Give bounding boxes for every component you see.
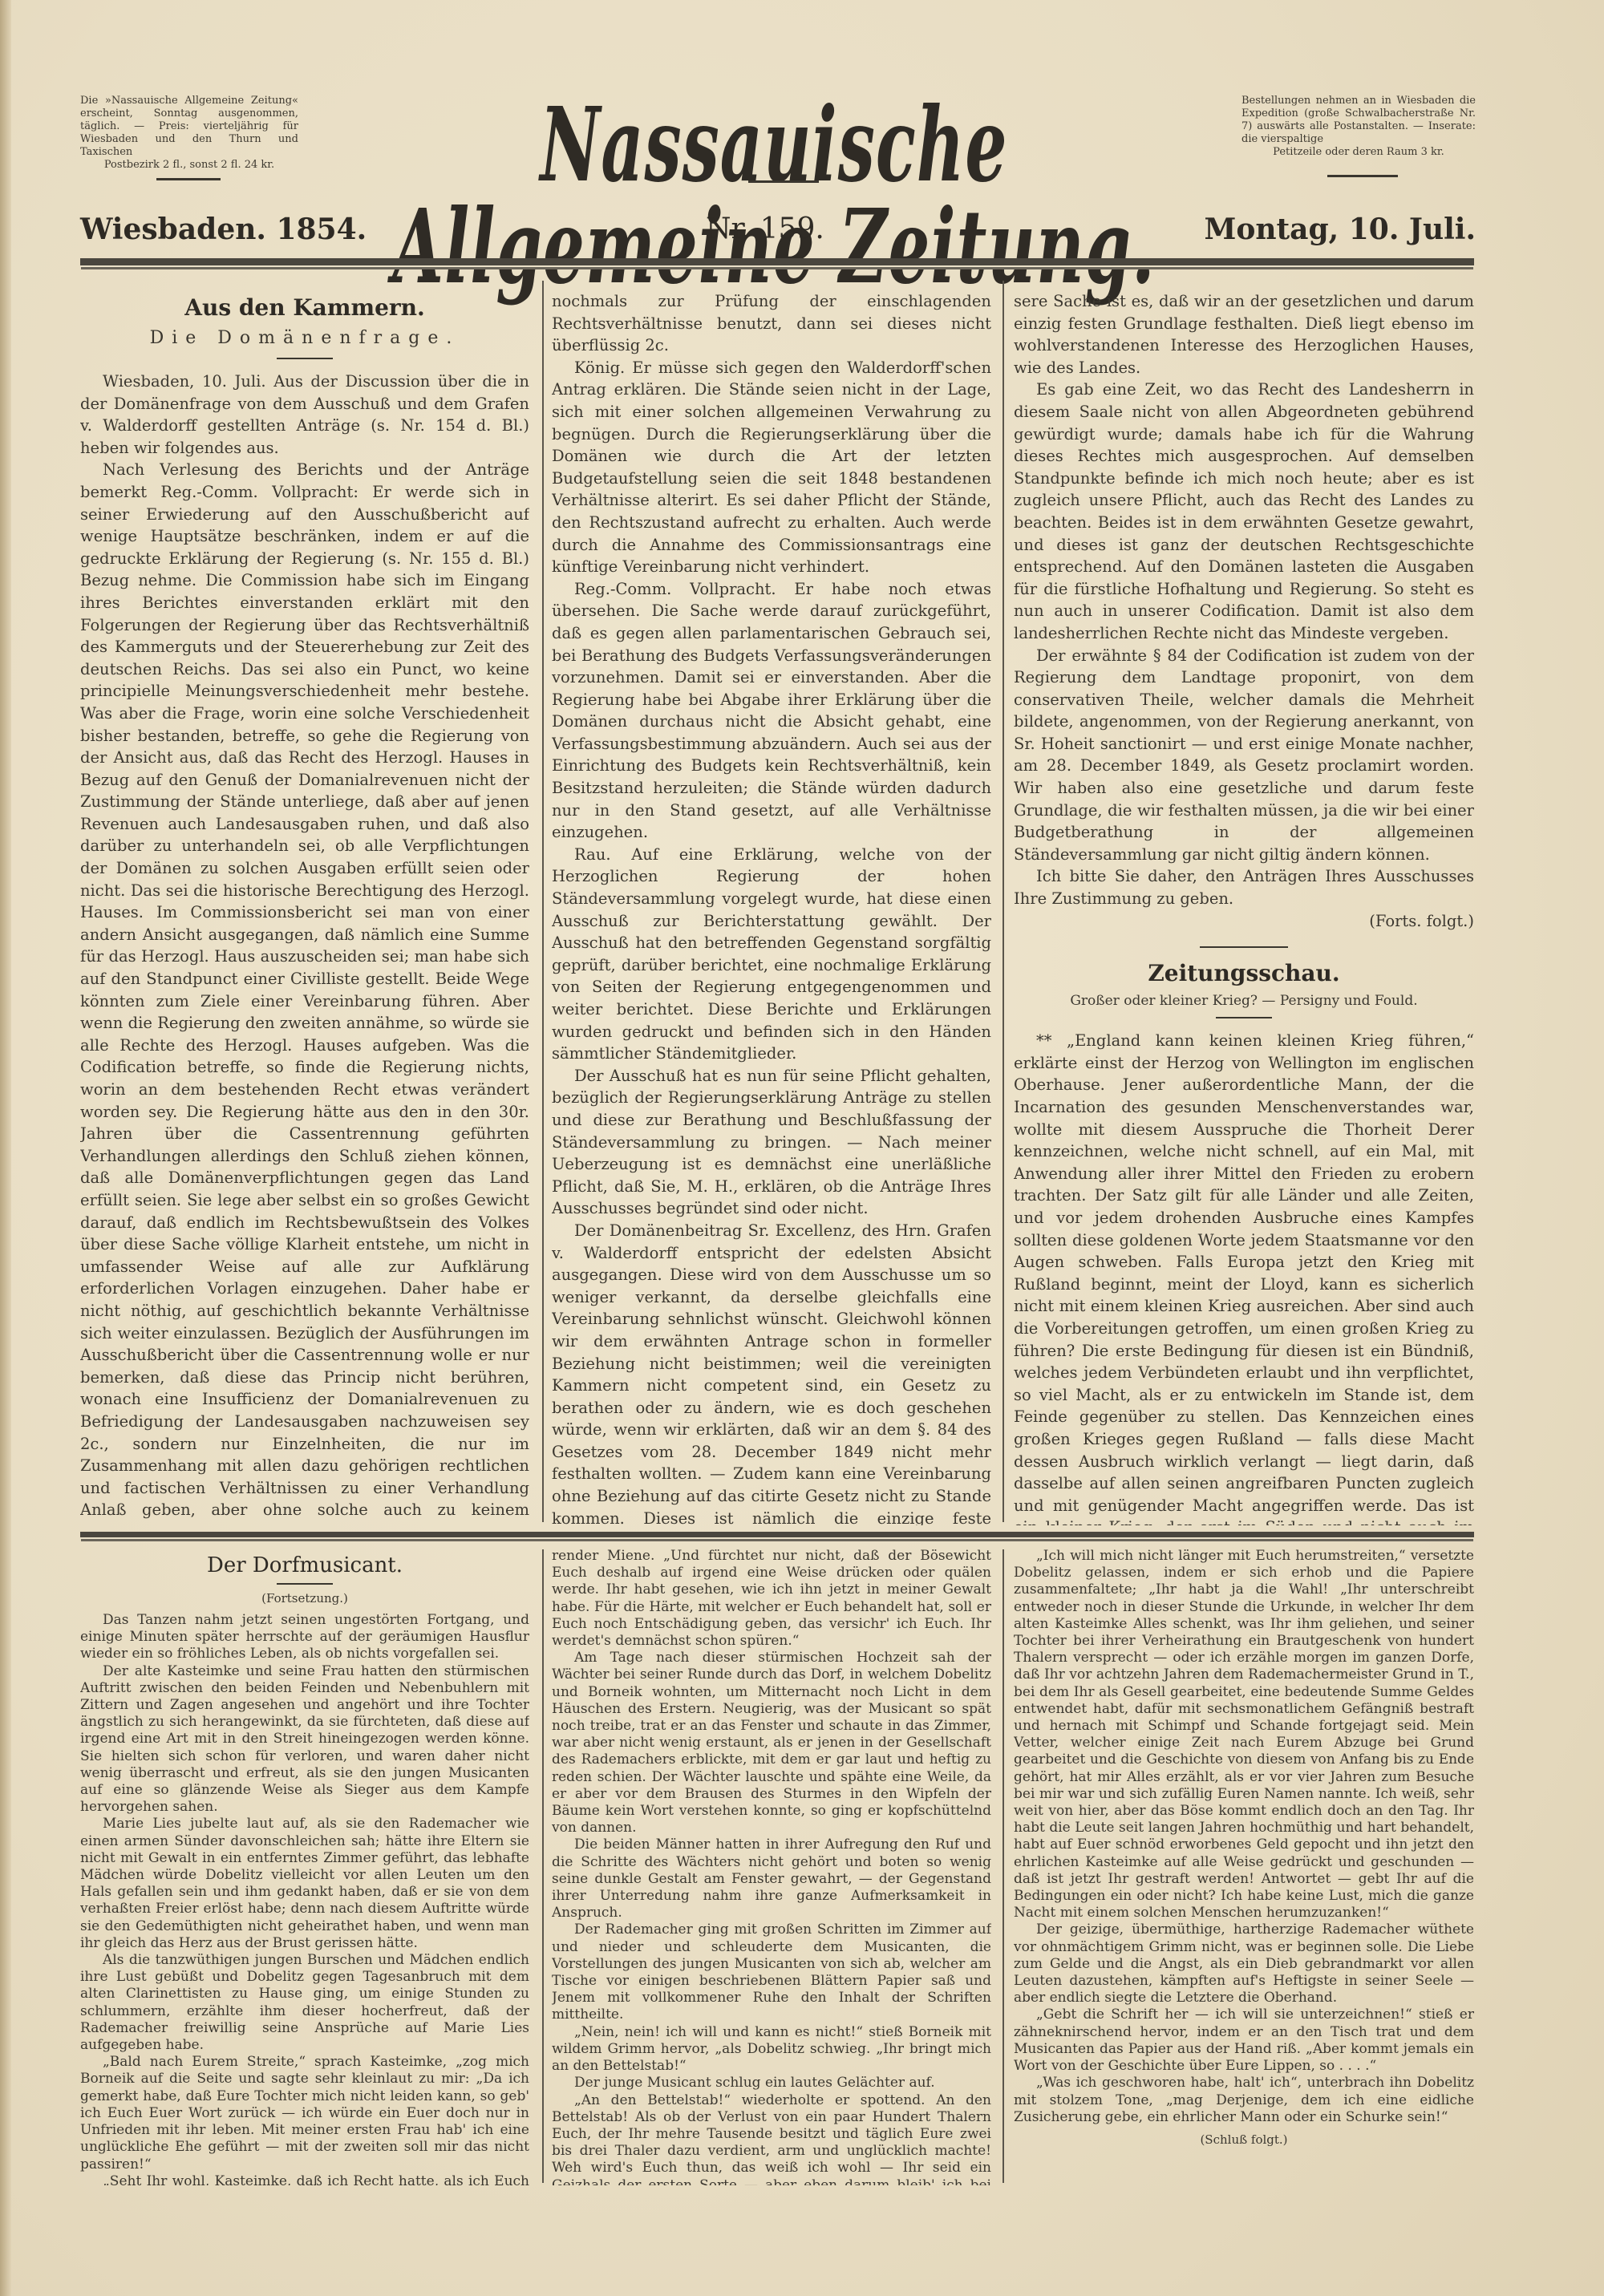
feuilleton-col3: „Ich will mich nicht länger mit Euch her… — [1014, 1548, 1474, 2189]
review-subtitle: Großer oder kleiner Krieg? — Persigny un… — [1014, 991, 1474, 1010]
feuilleton-col1: Der Dorfmusicant. (Fortsetzung.) Das Tan… — [80, 1548, 529, 2185]
paragraph: „Bald nach Eurem Streite,“ sprach Kastei… — [80, 2054, 529, 2172]
place-year: Wiesbaden. 1854. — [80, 213, 367, 246]
feuilleton-col2: render Miene. „Und fürchtet nur nicht, d… — [552, 1548, 991, 2185]
paragraph: Als die tanzwüthigen jungen Burschen und… — [80, 1952, 529, 2054]
paragraph: Der geizige, übermüthige, hartherzige Ra… — [1014, 1921, 1474, 2006]
feuilleton-title: Der Dorfmusicant. — [80, 1551, 529, 1580]
paragraph: „Was ich geschworen habe, halt' ich“, un… — [1014, 2075, 1474, 2126]
paragraph: „Seht Ihr wohl, Kasteimke, daß ich Recht… — [80, 2173, 529, 2185]
paragraph: Das Tanzen nahm jetzt seinen ungestörten… — [80, 1612, 529, 1663]
divider — [277, 358, 333, 359]
article-title: Aus den Kammern. — [80, 294, 529, 322]
article-chambers-col3: sere Sache ist es, daß wir an der gesetz… — [1014, 290, 1474, 1525]
paragraph: Rau. Auf eine Erklärung, welche von der … — [552, 844, 991, 1065]
column-rule — [1003, 281, 1004, 1522]
paragraph: render Miene. „Und fürchtet nur nicht, d… — [552, 1548, 991, 1650]
paragraph: Der junge Musicant schlug ein lautes Gel… — [552, 2075, 991, 2092]
divider — [1327, 175, 1398, 177]
paragraph: nochmals zur Prüfung der einschlagenden … — [552, 290, 991, 357]
paragraph: Ich bitte Sie daher, den Anträgen Ihres … — [1014, 865, 1474, 909]
paragraph: Der Ausschuß hat es nun für seine Pflich… — [552, 1065, 991, 1220]
column-rule — [542, 1549, 544, 2183]
ending-note: (Schluß folgt.) — [1014, 2131, 1474, 2148]
paragraph: Der Domänenbeitrag Sr. Excellenz, des Hr… — [552, 1220, 991, 1525]
paragraph: Am Tage nach dieser stürmischen Hochzeit… — [552, 1650, 991, 1836]
paragraph: Der alte Kasteimke und seine Frau hatten… — [80, 1663, 529, 1816]
orders-note-ad-rate: Petitzeile oder deren Raum 3 kr. — [1241, 146, 1476, 159]
review-title: Zeitungsschau. — [1014, 959, 1474, 988]
subscription-note-text: Die »Nassauische Allgemeine Zeitung« ers… — [80, 95, 298, 158]
continued-note: (Forts. folgt.) — [1014, 910, 1474, 933]
divider — [277, 1583, 333, 1585]
paragraph: Der Rademacher ging mit großen Schritten… — [552, 1921, 991, 2023]
paragraph: Reg.-Comm. Vollpracht. Er habe noch etwa… — [552, 578, 991, 844]
continuation-note: (Fortsetzung.) — [80, 1589, 529, 1607]
paragraph: Nach Verlesung des Berichts und der Antr… — [80, 459, 529, 1525]
divider — [1200, 946, 1288, 948]
page-edge — [0, 0, 11, 2296]
paragraph: Es gab eine Zeit, wo das Recht des Lande… — [1014, 379, 1474, 644]
paragraph: Der erwähnte § 84 der Codification ist z… — [1014, 645, 1474, 866]
article-chambers-col1: Aus den Kammern. Die Domänenfrage. Wiesb… — [80, 290, 529, 1525]
article-chambers-col2: nochmals zur Prüfung der einschlagenden … — [552, 290, 991, 1525]
paragraph: Die beiden Männer hatten in ihrer Aufreg… — [552, 1836, 991, 1921]
paragraph: „Ich will mich nicht länger mit Euch her… — [1014, 1548, 1474, 1921]
article-subtitle: Die Domänenfrage. — [80, 326, 529, 351]
subscription-note-price: Postbezirk 2 fl., sonst 2 fl. 24 kr. — [80, 159, 298, 172]
paragraph: „Gebt die Schrift her — ich will sie unt… — [1014, 2006, 1474, 2075]
paragraph: Wiesbaden, 10. Juli. Aus der Discussion … — [80, 371, 529, 459]
issue-number: Nr. 159. — [706, 213, 824, 245]
divider — [1216, 1017, 1272, 1018]
newspaper-title: Nassauische Allgemeine Zeitung. — [317, 95, 1231, 298]
subscription-note: Die »Nassauische Allgemeine Zeitung« ers… — [80, 95, 298, 172]
divider — [156, 178, 221, 180]
feuilleton-rule — [80, 1532, 1474, 1539]
masthead-rule — [80, 258, 1474, 267]
paragraph: Marie Lies jubelte laut auf, als sie den… — [80, 1816, 529, 1952]
orders-note-text: Bestellungen nehmen an in Wiesbaden die … — [1241, 95, 1476, 145]
paragraph: „An den Bettelstab!“ wiederholte er spot… — [552, 2092, 991, 2186]
paragraph: König. Er müsse sich gegen den Walderdor… — [552, 357, 991, 578]
column-rule — [1003, 1549, 1004, 2183]
paragraph: „Nein, nein! ich will und kann es nicht!… — [552, 2024, 991, 2075]
paragraph: ** „England kann keinen kleinen Krieg fü… — [1014, 1030, 1474, 1525]
issue-date: Montag, 10. Juli. — [1205, 213, 1476, 246]
column-rule — [542, 281, 544, 1522]
paragraph: sere Sache ist es, daß wir an der gesetz… — [1014, 290, 1474, 379]
orders-note: Bestellungen nehmen an in Wiesbaden die … — [1241, 95, 1476, 159]
divider — [748, 180, 819, 183]
